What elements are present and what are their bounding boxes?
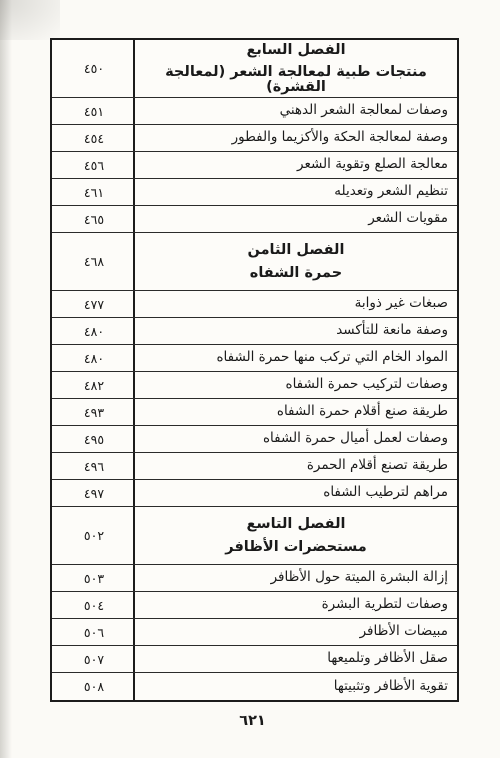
toc-row: وصفات لمعالجة الشعر الدهني ٤٥١ [52, 98, 457, 125]
toc-row: وصفة مانعة للتأكسد ٤٨٠ [52, 318, 457, 345]
toc-chapter-row: الفصل التاسع مستحضرات الأظافر ٥٠٢ [52, 507, 457, 565]
page-number-cell: ٤٨٢ [52, 372, 133, 398]
entry-title: وصفات لمعالجة الشعر الدهني [133, 98, 457, 124]
scan-edge-artifact [0, 0, 12, 758]
page-number-cell: ٤٥٠ [52, 40, 133, 97]
scan-corner-artifact [0, 0, 60, 40]
chapter-subtitle: حمرة الشفاه [139, 266, 453, 281]
page-number-cell: ٥٠٨ [52, 673, 133, 700]
page-number-cell: ٤٩٧ [52, 480, 133, 506]
entry-title: مقويات الشعر [133, 206, 457, 232]
entry-title: تقوية الأظافر وتثبيتها [133, 673, 457, 700]
toc-row: وصفات لتطرية البشرة ٥٠٤ [52, 592, 457, 619]
book-page-number: ٦٢١ [0, 713, 500, 729]
toc-row: صقل الأظافر وتلميعها ٥٠٧ [52, 646, 457, 673]
page-number-cell: ٥٠٦ [52, 619, 133, 645]
page-number-cell: ٤٥٦ [52, 152, 133, 178]
chapter-heading: الفصل التاسع [139, 517, 453, 532]
toc-row: تنظيم الشعر وتعديله ٤٦١ [52, 179, 457, 206]
page-number-cell: ٥٠٢ [52, 507, 133, 564]
chapter-subtitle: منتجات طبية لمعالجة الشعر (لمعالجة القشر… [139, 65, 453, 94]
chapter-title-cell: الفصل السابع منتجات طبية لمعالجة الشعر (… [133, 40, 457, 97]
entry-title: المواد الخام التي تركب منها حمرة الشفاه [133, 345, 457, 371]
toc-row: مبيضات الأظافر ٥٠٦ [52, 619, 457, 646]
page-number-cell: ٤٩٦ [52, 453, 133, 479]
scanned-toc-page: { "colors": { "paper": "#fbfaf6", "ink":… [0, 0, 500, 758]
page-number-cell: ٤٨٠ [52, 318, 133, 344]
entry-title: تنظيم الشعر وتعديله [133, 179, 457, 205]
entry-title: وصفة مانعة للتأكسد [133, 318, 457, 344]
page-number-cell: ٤٧٧ [52, 291, 133, 317]
page-number-cell: ٤٩٥ [52, 426, 133, 452]
chapter-subtitle: مستحضرات الأظافر [139, 540, 453, 555]
page-number-cell: ٥٠٧ [52, 646, 133, 672]
toc-row: المواد الخام التي تركب منها حمرة الشفاه … [52, 345, 457, 372]
entry-title: مبيضات الأظافر [133, 619, 457, 645]
entry-title: وصفات لتركيب حمرة الشفاه [133, 372, 457, 398]
toc-row: طريقة تصنع أقلام الحمرة ٤٩٦ [52, 453, 457, 480]
entry-title: صبغات غير ذوابة [133, 291, 457, 317]
page-number-cell: ٤٦١ [52, 179, 133, 205]
entry-title: وصفات لعمل أميال حمرة الشفاه [133, 426, 457, 452]
toc-row: مقويات الشعر ٤٦٥ [52, 206, 457, 233]
page-number-cell: ٤٨٠ [52, 345, 133, 371]
entry-title: مراهم لترطيب الشفاه [133, 480, 457, 506]
toc-row: إزالة البشرة الميتة حول الأظافر ٥٠٣ [52, 565, 457, 592]
page-number-cell: ٤٩٣ [52, 399, 133, 425]
page-number-cell: ٥٠٤ [52, 592, 133, 618]
entry-title: وصفات لتطرية البشرة [133, 592, 457, 618]
page-number-cell: ٤٥٤ [52, 125, 133, 151]
toc-row: معالجة الصلع وتقوية الشعر ٤٥٦ [52, 152, 457, 179]
entry-title: وصفة لمعالجة الحكة والأكزيما والفطور [133, 125, 457, 151]
toc-row: وصفات لعمل أميال حمرة الشفاه ٤٩٥ [52, 426, 457, 453]
toc-row: طريقة صنع أقلام حمرة الشفاه ٤٩٣ [52, 399, 457, 426]
table-of-contents: الفصل السابع منتجات طبية لمعالجة الشعر (… [50, 38, 459, 702]
entry-title: إزالة البشرة الميتة حول الأظافر [133, 565, 457, 591]
entry-title: طريقة تصنع أقلام الحمرة [133, 453, 457, 479]
toc-row: مراهم لترطيب الشفاه ٤٩٧ [52, 480, 457, 507]
chapter-title-cell: الفصل الثامن حمرة الشفاه [133, 233, 457, 290]
chapter-title-cell: الفصل التاسع مستحضرات الأظافر [133, 507, 457, 564]
chapter-heading: الفصل السابع [139, 43, 453, 58]
chapter-heading: الفصل الثامن [139, 243, 453, 258]
toc-row: وصفات لتركيب حمرة الشفاه ٤٨٢ [52, 372, 457, 399]
toc-row: تقوية الأظافر وتثبيتها ٥٠٨ [52, 673, 457, 700]
page-number-cell: ٤٥١ [52, 98, 133, 124]
toc-row: صبغات غير ذوابة ٤٧٧ [52, 291, 457, 318]
entry-title: طريقة صنع أقلام حمرة الشفاه [133, 399, 457, 425]
page-number-cell: ٤٦٥ [52, 206, 133, 232]
toc-chapter-row: الفصل السابع منتجات طبية لمعالجة الشعر (… [52, 40, 457, 98]
toc-chapter-row: الفصل الثامن حمرة الشفاه ٤٦٨ [52, 233, 457, 291]
entry-title: صقل الأظافر وتلميعها [133, 646, 457, 672]
page-number-cell: ٥٠٣ [52, 565, 133, 591]
page-number-cell: ٤٦٨ [52, 233, 133, 290]
entry-title: معالجة الصلع وتقوية الشعر [133, 152, 457, 178]
toc-row: وصفة لمعالجة الحكة والأكزيما والفطور ٤٥٤ [52, 125, 457, 152]
